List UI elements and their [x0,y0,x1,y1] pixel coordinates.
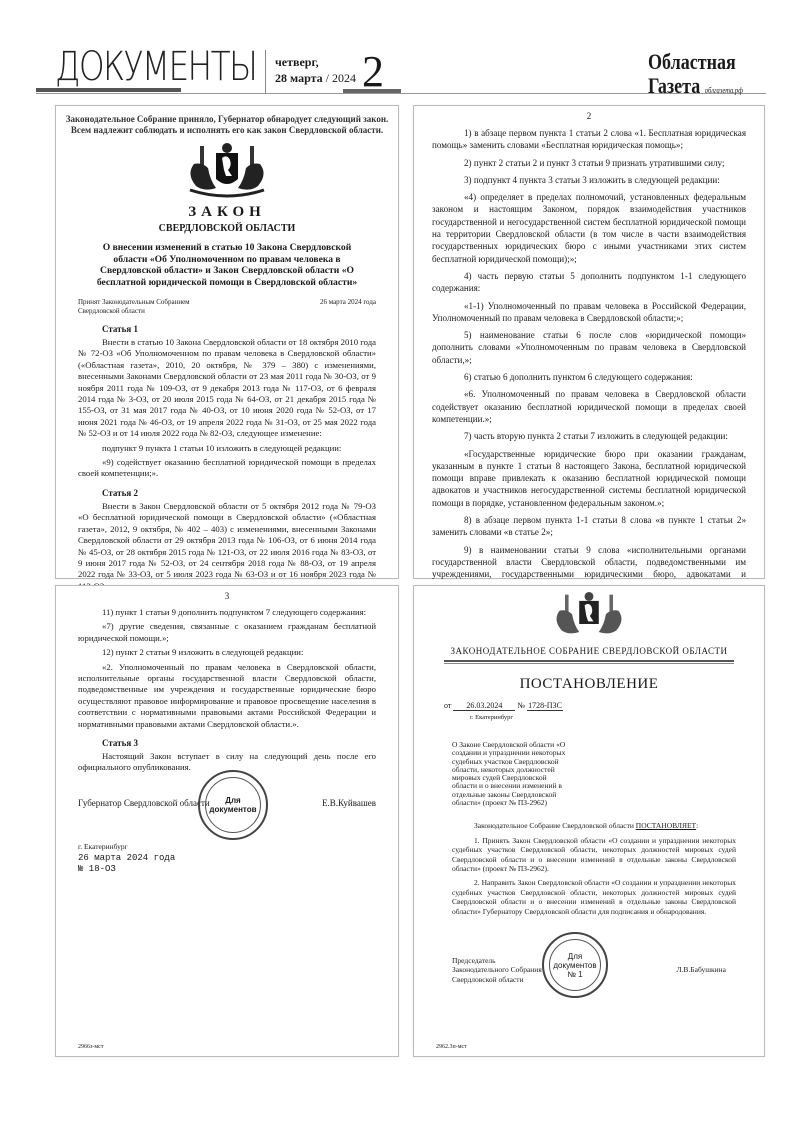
amendment-item: «4) определяет в пределах полномочий, ус… [432,191,746,265]
chair-title-line3: Свердловской области [452,975,542,984]
law-intro: Законодательное Собрание приняло, Губерн… [62,114,392,136]
section-title: ДОКУМЕНТЫ [55,44,256,90]
footer-code: 2962.3п-мст [436,1044,467,1050]
amendment-list: 1) в абзаце первом пункта 1 статьи 2 сло… [414,127,764,635]
signer-name: Е.В.Куйвашев [322,798,376,808]
page-number: 2 [414,111,764,121]
year: / 2024 [326,71,356,85]
seal-stamp: Длядокументов№ 1 [542,932,608,998]
page-number: 3 [56,591,398,601]
adoption-line: Принят Законодательным СобраниемСвердлов… [78,298,376,316]
resolution-date: 26.03.2024 [453,701,515,711]
stamp-line3: № 1 [553,970,596,979]
intro-line1: Законодательное Собрание приняло, Губерн… [62,114,392,125]
chair-name: Л.В.Бабушкина [676,965,726,974]
brand-line2: Газета [648,73,700,98]
article-3: Статья 3 Настоящий Закон вступает в силу… [56,738,398,774]
law-number: № 18-ОЗ [78,864,376,875]
article-1-paragraph: Внести в статью 10 Закона Свердловской о… [78,337,376,440]
city: г. Екатеринбург [470,714,764,721]
article-3-heading: Статья 3 [102,738,376,748]
amendment-item: 1) в абзаце первом пункта 1 статьи 2 сло… [432,127,746,152]
amendment-item: «6. Уполномоченный по правам человека в … [432,388,746,425]
decree-point: 2. Направить Закон Свердловской области … [452,878,736,916]
law-page-1: Законодательное Собрание приняло, Губерн… [55,105,399,579]
adopted-date: 26 марта 2024 года [320,298,376,316]
weekday: четверг, [275,54,356,70]
chair-title-line2: Законодательного Собрания [452,965,542,974]
resolution-subject: О Законе Свердловской области «О создани… [452,741,572,807]
law-body: Статья 1 Внести в статью 10 Закона Сверд… [56,324,398,592]
from-label: от [444,701,451,710]
amendment-item: 4) часть первую статьи 5 дополнить подпу… [432,270,746,295]
amendment-item: 8) в абзаце первом пункта 1-1 статьи 8 с… [432,514,746,539]
amendment-item: 5) наименование статьи 6 после слов «юри… [432,329,746,366]
adopted-by-region: Свердловской области [78,307,190,316]
chair-title-line1: Председатель [452,956,542,965]
law-date: 26 марта 2024 года [78,853,376,864]
stamp-line2: документов [209,805,256,814]
amendment-item: 6) статью 6 дополнить пунктом 6 следующе… [432,371,746,383]
resolution-title: ПОСТАНОВЛЕНИЕ [414,676,764,693]
intro-line2: Всем надлежит соблюдать и исполнять его … [62,125,392,136]
chair-signature-block: Председатель Законодательного Собрания С… [452,956,726,984]
masthead: ДОКУМЕНТЫ четверг, 28 марта / 2024 2 Обл… [0,0,800,100]
assembly-name: ЗАКОНОДАТЕЛЬНОЕ СОБРАНИЕ СВЕРДЛОВСКОЙ ОБ… [414,646,764,656]
law-title: ЗАКОН [56,204,398,221]
city: г. Екатеринбург [78,842,376,851]
signature-block: Губернатор Свердловской области Е.В.Куйв… [78,798,376,808]
coat-of-arms-icon [549,590,629,642]
decree-verb: ПОСТАНОВЛЯЕТ [636,821,696,830]
masthead-divider [265,50,266,94]
stamp-line1: Для [553,952,596,961]
coat-of-arms-icon [182,142,272,198]
signer-title: Губернатор Свердловской области [78,798,210,808]
resolution-page: ЗАКОНОДАТЕЛЬНОЕ СОБРАНИЕ СВЕРДЛОВСКОЙ ОБ… [413,585,765,1057]
article-1-paragraph: «9) содействует оказанию бесплатной юрид… [78,457,376,480]
decree-lead: Законодательное Собрание Свердловской об… [474,821,634,830]
resolution-number: 1728-ПЗС [527,701,563,711]
adopted-by: Принят Законодательным Собранием [78,298,190,307]
law-page-2: 2 1) в абзаце первом пункта 1 статьи 2 с… [413,105,765,579]
law-subtitle: СВЕРДЛОВСКОЙ ОБЛАСТИ [56,223,398,234]
date: 28 марта [275,71,323,85]
amendment-item: 3) подпункт 4 пункта 3 статьи 3 изложить… [432,174,746,186]
article-1-paragraph: подпункт 9 пункта 1 статьи 10 изложить в… [78,443,376,454]
brand-url: облгазета.рф [705,86,743,95]
article-2-heading: Статья 2 [102,488,376,498]
amendment-item: 2) пункт 2 статьи 2 и пункт 3 статьи 9 п… [432,157,746,169]
footer-code: 2966з-мст [78,1044,103,1050]
header-double-rule [444,660,734,664]
amendment-list: 11) пункт 1 статьи 9 дополнить подпункто… [56,607,398,730]
resolution-meta: от 26.03.2024 № 1728-ПЗС [444,701,764,711]
page-number-bar [343,89,401,93]
article-1-heading: Статья 1 [102,324,376,334]
seal-stamp: Длядокументов [198,770,268,840]
newspaper-logo: Областная Газета облгазета.рф [648,50,743,103]
stamp-line1: Для [209,796,256,805]
amendment-item: 7) часть вторую пункта 2 статьи 7 изложи… [432,430,746,442]
resolution-body: Законодательное Собрание Свердловской об… [452,821,736,916]
brand-line1: Областная [648,50,743,74]
law-name: О внесении изменений в статью 10 Закона … [86,242,368,288]
number-label: № [517,701,525,710]
amendment-item: «2. Уполномоченный по правам человека в … [78,662,376,730]
law-page-3: 3 11) пункт 1 статьи 9 дополнить подпунк… [55,585,399,1057]
amendment-item: «1-1) Уполномоченный по правам человека … [432,300,746,325]
decree-point: 1. Принять Закон Свердловской области «О… [452,836,736,874]
article-2-paragraph: Внести в Закон Свердловской области от 5… [78,501,376,592]
amendment-item: 12) пункт 2 статьи 9 изложить в следующе… [78,647,376,658]
amendment-item: «Государственные юридические бюро при ок… [432,448,746,509]
amendment-item: 11) пункт 1 статьи 9 дополнить подпункто… [78,607,376,618]
section-underline [36,88,181,92]
issue-date: четверг, 28 марта / 2024 [275,54,356,86]
amendment-item: «7) другие сведения, связанные с оказани… [78,621,376,644]
stamp-line2: документов [553,961,596,970]
